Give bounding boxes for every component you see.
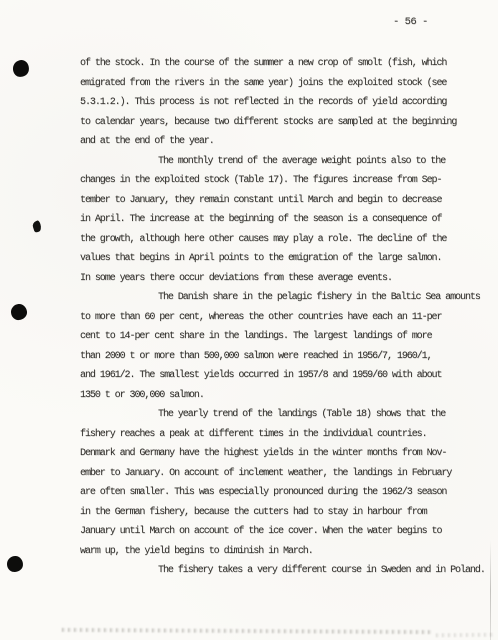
ink-blob-bottom — [6, 555, 23, 572]
ink-blob-middle — [10, 303, 28, 321]
ink-speck — [31, 220, 42, 233]
document-line: emigrated from the rivers in the same ye… — [80, 74, 485, 94]
document-line: Denmark and Germany have the highest yie… — [80, 444, 485, 464]
document-body: of the stock. In the course of the summe… — [80, 54, 485, 581]
document-line: warm up, the yield begins to diminish in… — [80, 542, 485, 562]
document-line: in April. The increase at the beginning … — [80, 210, 485, 230]
ink-blob-top — [12, 59, 30, 78]
document-line: The fishery takes a very different cours… — [80, 561, 485, 581]
document-line: The Danish share in the pelagic fishery … — [80, 288, 485, 308]
document-line: than 2000 t or more than 500,000 salmon … — [80, 347, 485, 367]
page-edge-shadow — [490, 540, 491, 640]
document-line: the growth, although here other causes m… — [80, 230, 485, 250]
document-line: The yearly trend of the landings (Table … — [80, 405, 485, 425]
document-line: to more than 60 per cent, whereas the ot… — [80, 308, 485, 328]
document-line: are often smaller. This was especially p… — [80, 483, 485, 503]
document-line: fishery reaches a peak at different time… — [80, 425, 485, 445]
document-line: cent to 14-per cent share in the landing… — [80, 327, 485, 347]
document-line: ember to January. On account of inclemen… — [80, 464, 485, 484]
document-line: to calendar years, because two different… — [80, 113, 485, 133]
page-number: - 56 - — [393, 16, 428, 28]
scan-smudge-band-right — [436, 633, 496, 638]
document-line: In some years there occur deviations fro… — [80, 269, 485, 289]
document-line: in the German fishery, because the cutte… — [80, 503, 485, 523]
document-line: January until March on account of the ic… — [80, 522, 485, 542]
document-line: tember to January, they remain constant … — [80, 191, 485, 211]
document-line: and at the end of the year. — [80, 132, 485, 152]
scan-smudge-band — [62, 628, 434, 634]
document-line: changes in the exploited stock (Table 17… — [80, 171, 485, 191]
document-line: 1350 t or 300,000 salmon. — [80, 386, 485, 406]
document-line: The monthly trend of the average weight … — [80, 152, 485, 172]
document-line: of the stock. In the course of the summe… — [80, 54, 485, 74]
scanned-document-page: - 56 - of the stock. In the course of th… — [0, 0, 498, 640]
document-line: 5.3.1.2.). This process is not reflected… — [80, 93, 485, 113]
document-line: and 1961/2. The smallest yields occurred… — [80, 366, 485, 386]
document-line: values that begins in April points to th… — [80, 249, 485, 269]
